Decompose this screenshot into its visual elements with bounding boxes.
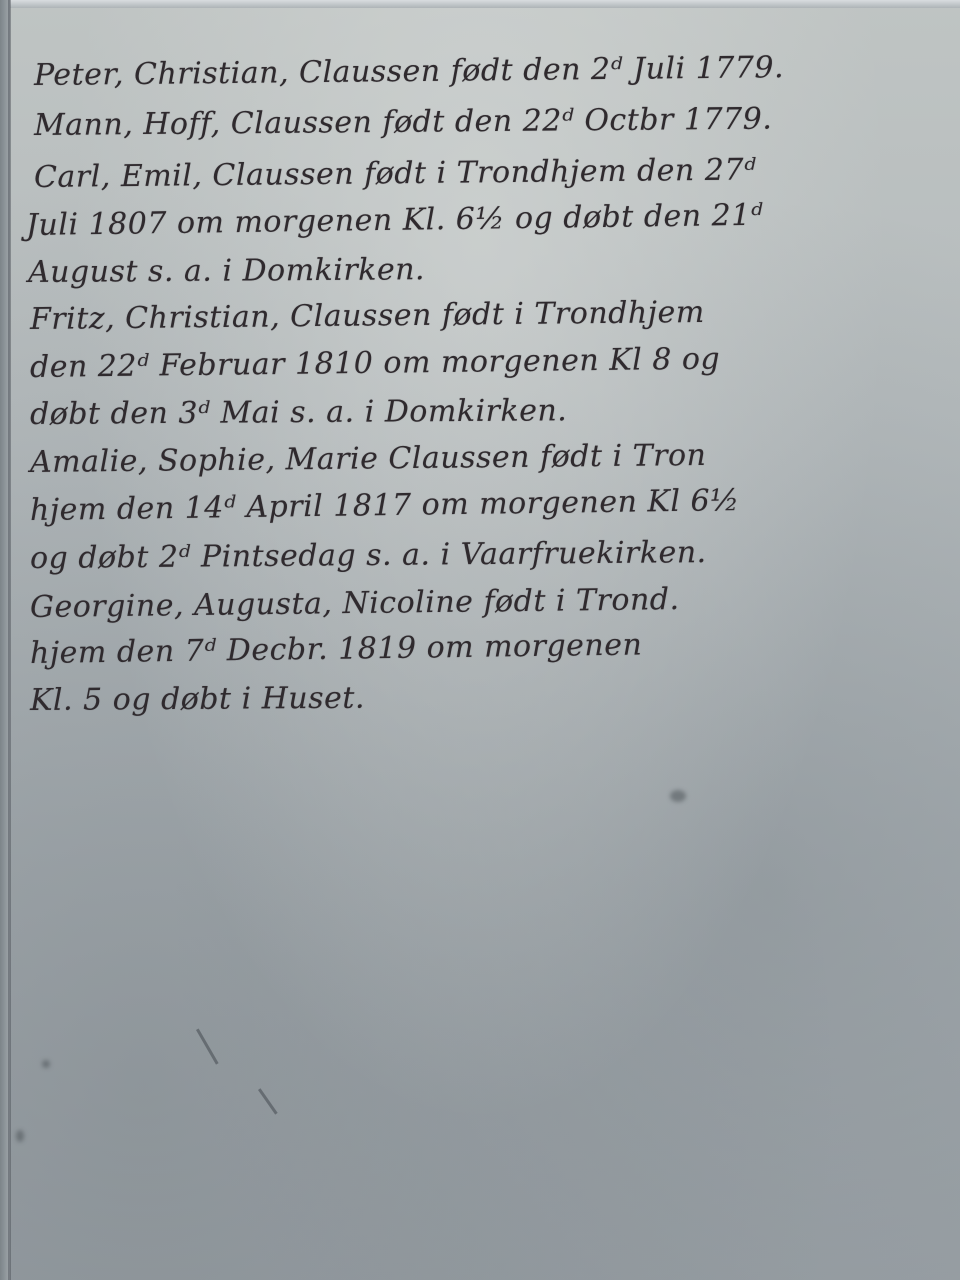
entry-line-12: Georgine, Augusta, Nicoline født i Trond… [30,582,680,625]
entry-line-3: Carl, Emil, Claussen født i Trondhjem de… [34,152,757,195]
entry-line-10: hjem den 14ᵈ April 1817 om morgenen Kl 6… [30,483,740,528]
entry-line-8: døbt den 3ᵈ Mai s. a. i Domkirken. [30,393,567,432]
page-top-edge [0,0,960,8]
entry-line-1: Peter, Christian, Claussen født den 2ᵈ J… [34,50,784,93]
ink-smudge [670,790,686,802]
entry-line-5: August s. a. i Domkirken. [28,252,425,290]
entry-line-2: Mann, Hoff, Claussen født den 22ᵈ Octbr … [34,102,773,143]
ink-spot [16,1130,24,1142]
entry-line-6: Fritz, Christian, Claussen født i Trondh… [30,295,705,337]
binding-shadow [8,0,11,1280]
entry-line-14: Kl. 5 og døbt i Huset. [30,681,365,718]
entry-line-9: Amalie, Sophie, Marie Claussen født i Tr… [30,438,707,480]
entry-line-13: hjem den 7ᵈ Decbr. 1819 om morgenen [30,627,643,671]
manuscript-page: Peter, Christian, Claussen født den 2ᵈ J… [0,0,960,1280]
entry-line-7: den 22ᵈ Februar 1810 om morgenen Kl 8 og [30,342,721,385]
paper-mark [258,1088,278,1114]
ink-spot [42,1060,50,1068]
entry-line-4: Juli 1807 om morgenen Kl. 6½ og døbt den… [26,198,764,243]
paper-mark [196,1029,219,1065]
entry-line-11: og døbt 2ᵈ Pintsedag s. a. i Vaarfruekir… [30,535,707,576]
